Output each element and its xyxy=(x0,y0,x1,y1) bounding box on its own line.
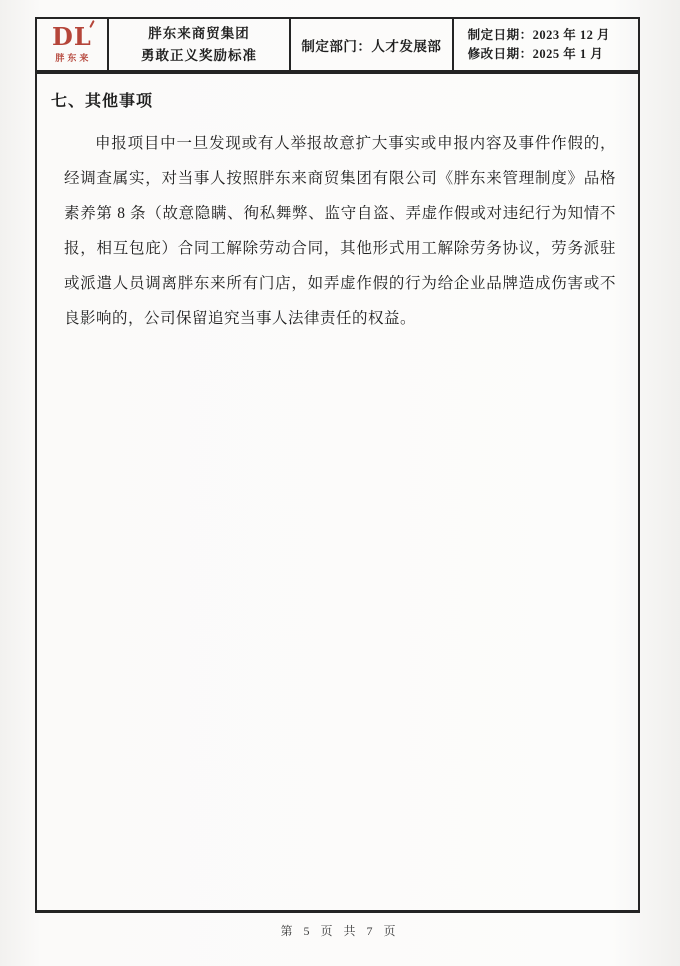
dates-cell: 制定日期：2023 年 12 月 修改日期：2025 年 1 月 xyxy=(454,19,638,70)
document-page: DL 胖东来 胖东来商贸集团 勇敢正义奖励标准 制定部门：人才发展部 制定日期：… xyxy=(0,0,680,966)
logo-accent-mark xyxy=(89,20,95,28)
company-name: 胖东来商贸集团 xyxy=(148,23,250,45)
body-paragraph: 申报项目中一旦发现或有人举报故意扩大事实或申报内容及事件作假的， 经调查属实，对… xyxy=(51,126,616,336)
created-date: 制定日期：2023 年 12 月 xyxy=(468,26,610,45)
document-body: 七、其他事项 申报项目中一旦发现或有人举报故意扩大事实或申报内容及事件作假的， … xyxy=(35,72,640,913)
logo-text: DL xyxy=(52,25,92,49)
document-title: 勇敢正义奖励标准 xyxy=(141,45,257,67)
paragraph-line: 素养第 8 条（故意隐瞒、徇私舞弊、监守自盗、弄虚作假或对违纪行为知情不 xyxy=(64,196,616,231)
department-label: 制定部门：人才发展部 xyxy=(301,35,441,55)
paragraph-line: 经调查属实，对当事人按照胖东来商贸集团有限公司《胖东来管理制度》品格 xyxy=(64,161,616,196)
paragraph-line: 良影响的，公司保留追究当事人法律责任的权益。 xyxy=(64,301,616,336)
section-heading: 七、其他事项 xyxy=(51,90,616,114)
paragraph-line: 报，相互包庇）合同工解除劳动合同，其他形式用工解除劳务协议，劳务派驻 xyxy=(64,231,616,266)
company-logo: DL 胖东来 xyxy=(37,19,109,70)
paragraph-line: 申报项目中一旦发现或有人举报故意扩大事实或申报内容及事件作假的， xyxy=(64,126,616,161)
modified-date: 修改日期：2025 年 1 月 xyxy=(468,45,604,64)
department-cell: 制定部门：人才发展部 xyxy=(291,19,453,70)
logo-subtext: 胖东来 xyxy=(52,51,91,64)
document-title-cell: 胖东来商贸集团 勇敢正义奖励标准 xyxy=(109,19,291,70)
document-header-table: DL 胖东来 胖东来商贸集团 勇敢正义奖励标准 制定部门：人才发展部 制定日期：… xyxy=(35,17,640,72)
page-number: 第 5 页 共 7 页 xyxy=(0,922,680,939)
paragraph-line: 或派遣人员调离胖东来所有门店，如弄虚作假的行为给企业品牌造成伤害或不 xyxy=(64,266,616,301)
